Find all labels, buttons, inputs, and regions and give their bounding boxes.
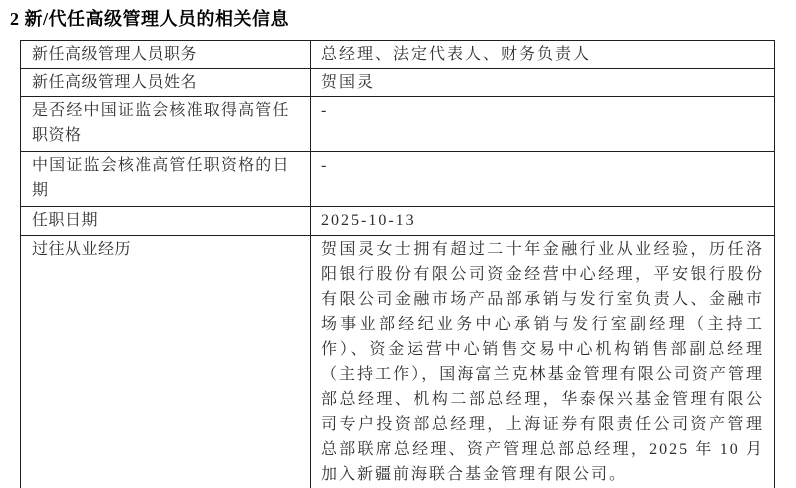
work-experience-value: 贺国灵女士拥有超过二十年金融行业从业经验，历任洛阳银行股份有限公司资金经营中心经… (311, 236, 775, 488)
position-value: 总经理、法定代表人、财务负责人 (311, 41, 775, 69)
work-experience-label: 过往从业经历 (21, 236, 311, 488)
table-row-work-experience: 过往从业经历 贺国灵女士拥有超过二十年金融行业从业经验，历任洛阳银行股份有限公司… (21, 236, 775, 488)
csrc-approval-value: - (311, 97, 775, 152)
name-value: 贺国灵 (311, 69, 775, 97)
table-row-position: 新任高级管理人员职务 总经理、法定代表人、财务负责人 (21, 41, 775, 69)
management-info-table: 新任高级管理人员职务 总经理、法定代表人、财务负责人 新任高级管理人员姓名 贺国… (20, 40, 775, 488)
csrc-approval-date-value: - (311, 152, 775, 207)
section-title: 2 新/代任高级管理人员的相关信息 (10, 7, 796, 31)
appointment-date-label: 任职日期 (21, 207, 311, 236)
csrc-approval-date-label: 中国证监会核准高管任职资格的日期 (21, 152, 311, 207)
csrc-approval-label: 是否经中国证监会核准取得高管任职资格 (21, 97, 311, 152)
table-row-appointment-date: 任职日期 2025-10-13 (21, 207, 775, 236)
position-label: 新任高级管理人员职务 (21, 41, 311, 69)
table-row-name: 新任高级管理人员姓名 贺国灵 (21, 69, 775, 97)
name-label: 新任高级管理人员姓名 (21, 69, 311, 97)
table-row-csrc-approval-date: 中国证监会核准高管任职资格的日期 - (21, 152, 775, 207)
table-row-csrc-approval: 是否经中国证监会核准取得高管任职资格 - (21, 97, 775, 152)
appointment-date-value: 2025-10-13 (311, 207, 775, 236)
